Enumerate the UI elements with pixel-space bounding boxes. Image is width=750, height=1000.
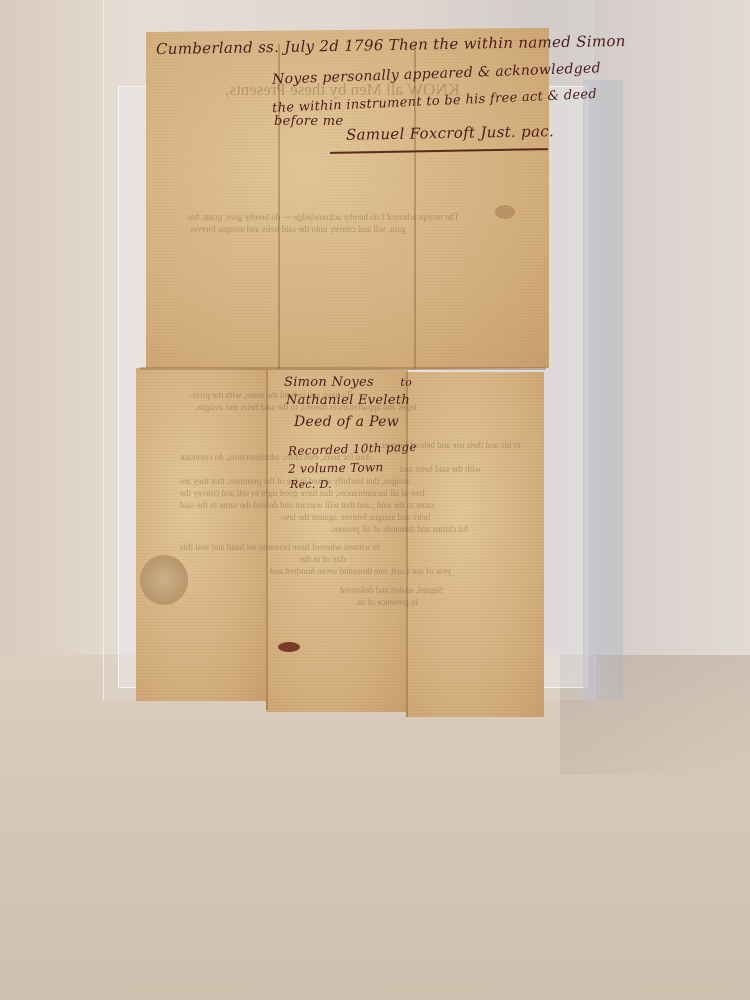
docket-recorded-2: 2 volume Town <box>288 460 384 476</box>
docket-grantor: Simon Noyes to <box>284 375 412 390</box>
bleedthrough-line: The receipt whereof I do hereby acknowle… <box>185 212 459 222</box>
bleedthrough-line: with the said heirs and <box>400 464 481 474</box>
fold-line-horizontal <box>140 367 546 370</box>
docket-title: Deed of a Pew <box>294 414 399 430</box>
paper-bottom-left <box>136 368 268 701</box>
bleedthrough-line: in presence of us. <box>355 597 418 607</box>
fold-line-right-lower <box>406 372 408 717</box>
docket-to: to <box>400 376 412 389</box>
wax-seal-stain <box>140 555 188 605</box>
acknowledgment-line-4: before me <box>274 114 343 129</box>
bleedthrough-line: year of our Lord, one thousand seven hun… <box>270 566 451 576</box>
bleedthrough-line: In witness whereof have hereunto set han… <box>180 542 380 552</box>
docket-grantee: Nathaniel Eveleth <box>286 393 410 408</box>
docket-grantor-name: Simon Noyes <box>284 375 374 390</box>
ink-blot <box>278 642 300 652</box>
bleedthrough-line: ful claims and demands of all persons. <box>330 524 468 534</box>
fold-line-left-lower <box>266 370 268 710</box>
bleedthrough-line: day of in the <box>300 554 345 564</box>
docket-recorded-3: Rec. D. <box>290 478 332 491</box>
bleedthrough-line: same to the said ; and that will warrant… <box>180 500 435 510</box>
stain-spot <box>495 205 515 219</box>
bleedthrough-line: Signed, sealed and delivered <box>340 585 443 595</box>
sleeve-edge <box>583 80 623 700</box>
bleedthrough-line: gain, sell and convey unto the said heir… <box>190 224 406 234</box>
paper-bottom-right <box>406 372 544 717</box>
bleedthrough-line: heirs and assigns forever, against the l… <box>280 512 430 522</box>
justice-signature: Samuel Foxcroft Just. pac. <box>346 122 554 144</box>
